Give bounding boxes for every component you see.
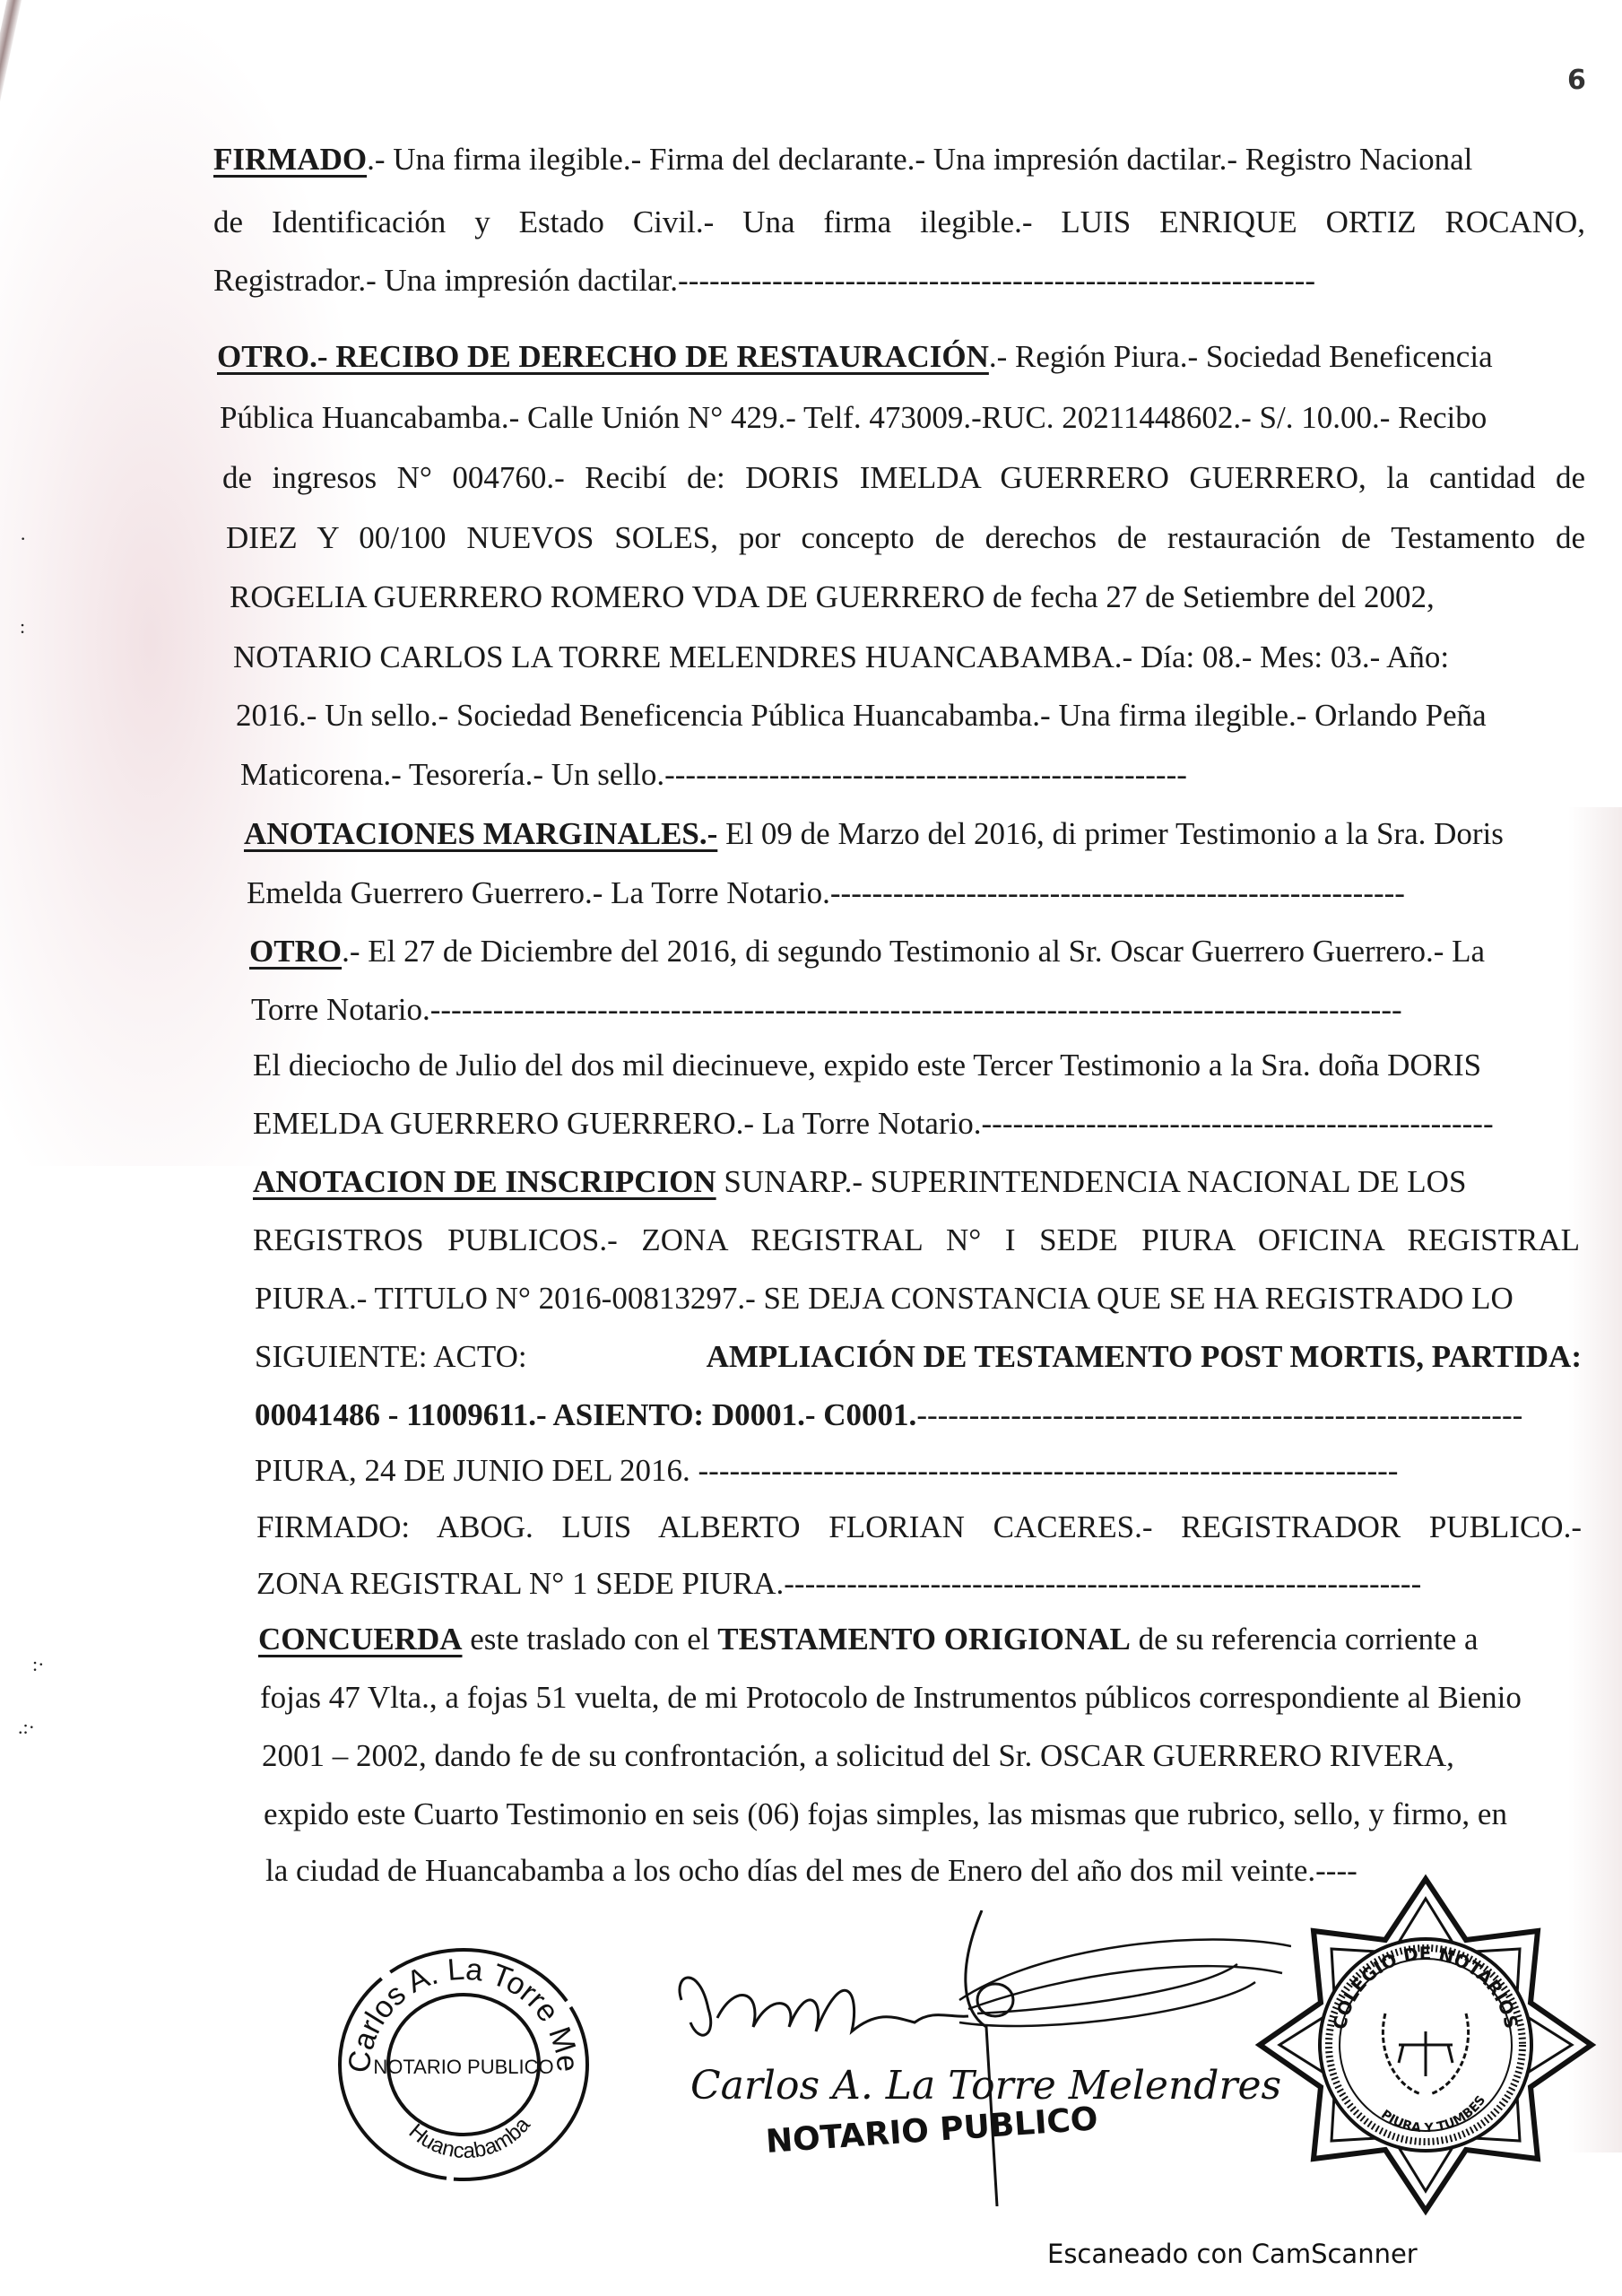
section-label: ANOTACION DE INSCRIPCION [253,1164,716,1199]
margin-mark: : [20,617,25,637]
text-line: ANOTACIONES MARGINALES.- El 09 de Marzo … [244,818,1504,849]
text-line: OTRO.- El 27 de Diciembre del 2016, di s… [249,935,1485,967]
text-line: expido este Cuarto Testimonio en seis (0… [264,1798,1507,1830]
text-line: OTRO.- RECIBO DE DERECHO DE RESTAURACIÓN… [217,341,1493,372]
text-line: PIURA, 24 DE JUNIO DEL 2016. -----------… [255,1455,1398,1486]
page-edge-artifact [0,0,25,170]
text-line: 00041486 - 11009611.- ASIENTO: D0001.- C… [255,1399,1522,1431]
section-label: FIRMADO [213,142,367,177]
text-line: de Identificación y Estado Civil.- Una f… [213,206,1585,238]
section-label: OTRO.- RECIBO DE DERECHO DE RESTAURACIÓN [217,339,989,374]
text-line: ZONA REGISTRAL N° 1 SEDE PIURA.---------… [256,1568,1421,1599]
svg-text:Carlos A. La Torre Melendres: Carlos A. La Torre Melendres [690,2063,1281,2109]
text-line: NOTARIO CARLOS LA TORRE MELENDRES HUANCA… [233,641,1449,673]
section-label: OTRO [249,934,342,969]
text-line: FIRMADO.- Una firma ilegible.- Firma del… [213,143,1585,175]
text-line: REGISTROS PUBLICOS.- ZONA REGISTRAL N° I… [253,1224,1580,1256]
text-line: 2001 – 2002, dando fe de su confrontació… [262,1740,1454,1771]
margin-mark: · [20,529,26,549]
text-line: Pública Huancabamba.- Calle Unión N° 429… [220,402,1487,433]
notary-round-stamp: Carlos A. La Torre Meléndres Huancabamba… [334,1939,594,2181]
text-line: FIRMADO: ABOG. LUIS ALBERTO FLORIAN CACE… [256,1511,1582,1543]
svg-text:Huancabamba: Huancabamba [404,2112,535,2163]
text-line: 2016.- Un sello.- Sociedad Beneficencia … [236,700,1487,731]
text-line: SIGUIENTE: ACTO: AMPLIACIÓN DE TESTAMENT… [255,1341,1582,1372]
margin-mark: .:· [18,1718,35,1737]
text-line: ANOTACION DE INSCRIPCION SUNARP.- SUPERI… [253,1166,1466,1197]
colegio-notarios-star-stamp: COLEGIO DE NOTARIOS PIURA Y TUMBES [1251,1870,1600,2220]
notary-signature: Carlos A. La Torre Melendres NOTARIO PUB… [664,1910,1291,2206]
text-line: DIEZ Y 00/100 NUEVOS SOLES, por concepto… [226,522,1585,553]
text-line: Registrador.- Una impresión dactilar.---… [213,265,1315,296]
text-line: ROGELIA GUERRERO ROMERO VDA DE GUERRERO … [230,581,1435,613]
text-line: Emelda Guerrero Guerrero.- La Torre Nota… [247,877,1405,909]
text-line: PIURA.- TITULO N° 2016-00813297.- SE DEJ… [255,1283,1514,1314]
text-line: Torre Notario.--------------------------… [251,994,1402,1025]
text-line: de ingresos N° 004760.- Recibí de: DORIS… [222,462,1585,493]
text-line: CONCUERDA este traslado con el TESTAMENT… [258,1623,1479,1655]
svg-text:NOTARIO PUBLICO: NOTARIO PUBLICO [373,2056,553,2078]
page-number: 6 [1567,65,1586,96]
svg-text:NOTARIO PUBLICO: NOTARIO PUBLICO [765,2100,1099,2161]
margin-mark: :· [32,1655,44,1674]
svg-text:Carlos A. La Torre Meléndres: Carlos A. La Torre Meléndres [334,1939,585,2074]
section-label: CONCUERDA [258,1622,463,1657]
section-label: ANOTACIONES MARGINALES.- [244,816,717,851]
text-line: la ciudad de Huancabamba a los ocho días… [265,1855,1357,1886]
text-line: El dieciocho de Julio del dos mil diecin… [253,1049,1481,1081]
text-line: Maticorena.- Tesorería.- Un sello.------… [240,759,1187,790]
text-line: fojas 47 Vlta., a fojas 51 vuelta, de mi… [260,1682,1522,1713]
camscanner-watermark: Escaneado con CamScanner [1047,2239,1418,2269]
text-line: EMELDA GUERRERO GUERRERO.- La Torre Nota… [253,1108,1494,1139]
